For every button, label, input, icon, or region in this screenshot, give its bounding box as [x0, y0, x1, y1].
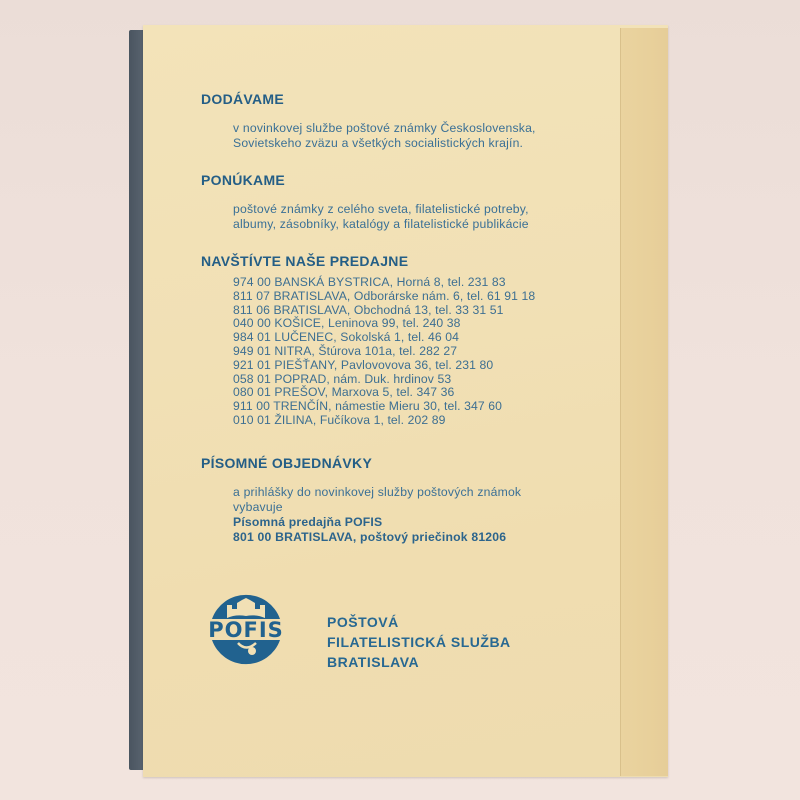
pofis-logo-icon: POFIS — [194, 592, 298, 666]
ponukame-line-1: poštové známky z celého sveta, filatelis… — [233, 201, 529, 217]
dodavame-line-1: v novinkovej službe poštové známky Česko… — [233, 120, 536, 136]
store-item: 974 00 BANSKÁ BYSTRICA, Horná 8, tel. 23… — [233, 276, 535, 290]
brand-line-3: BRATISLAVA — [327, 652, 511, 672]
objednavky-line-2: vybavuje — [233, 499, 283, 515]
store-item: 949 01 NITRA, Štúrova 101a, tel. 282 27 — [233, 345, 535, 359]
store-item: 811 07 BRATISLAVA, Odborárske nám. 6, te… — [233, 290, 535, 304]
objednavky-line-1: a prihlášky do novinkovej služby poštový… — [233, 484, 521, 500]
page-content: DODÁVAME v novinkovej službe poštové zná… — [0, 0, 800, 800]
ponukame-line-2: albumy, zásobníky, katalógy a filatelist… — [233, 216, 529, 232]
brand-line-1: POŠTOVÁ — [327, 612, 511, 632]
store-item: 921 01 PIEŠŤANY, Pavlovovova 36, tel. 23… — [233, 359, 535, 373]
brand-block: POŠTOVÁ FILATELISTICKÁ SLUŽBA BRATISLAVA — [327, 612, 511, 672]
store-item: 911 00 TRENČÍN, námestie Mieru 30, tel. … — [233, 400, 535, 414]
heading-ponukame: PONÚKAME — [201, 172, 285, 188]
store-item: 010 01 ŽILINA, Fučíkova 1, tel. 202 89 — [233, 414, 535, 428]
pofis-name: Písomná predajňa POFIS — [233, 514, 382, 530]
heading-predajne: NAVŠTÍVTE NAŠE PREDAJNE — [201, 253, 408, 269]
pofis-address: 801 00 BRATISLAVA, poštový priečinok 812… — [233, 529, 506, 545]
brand-line-2: FILATELISTICKÁ SLUŽBA — [327, 632, 511, 652]
logo-wordmark: POFIS — [208, 618, 284, 642]
dodavame-line-2: Sovietskeho zväzu a všetkých socialistic… — [233, 135, 523, 151]
heading-dodavame: DODÁVAME — [201, 91, 284, 107]
store-list: 974 00 BANSKÁ BYSTRICA, Horná 8, tel. 23… — [233, 276, 535, 428]
heading-objednavky: PÍSOMNÉ OBJEDNÁVKY — [201, 455, 372, 471]
store-item: 984 01 LUČENEC, Sokolská 1, tel. 46 04 — [233, 331, 535, 345]
